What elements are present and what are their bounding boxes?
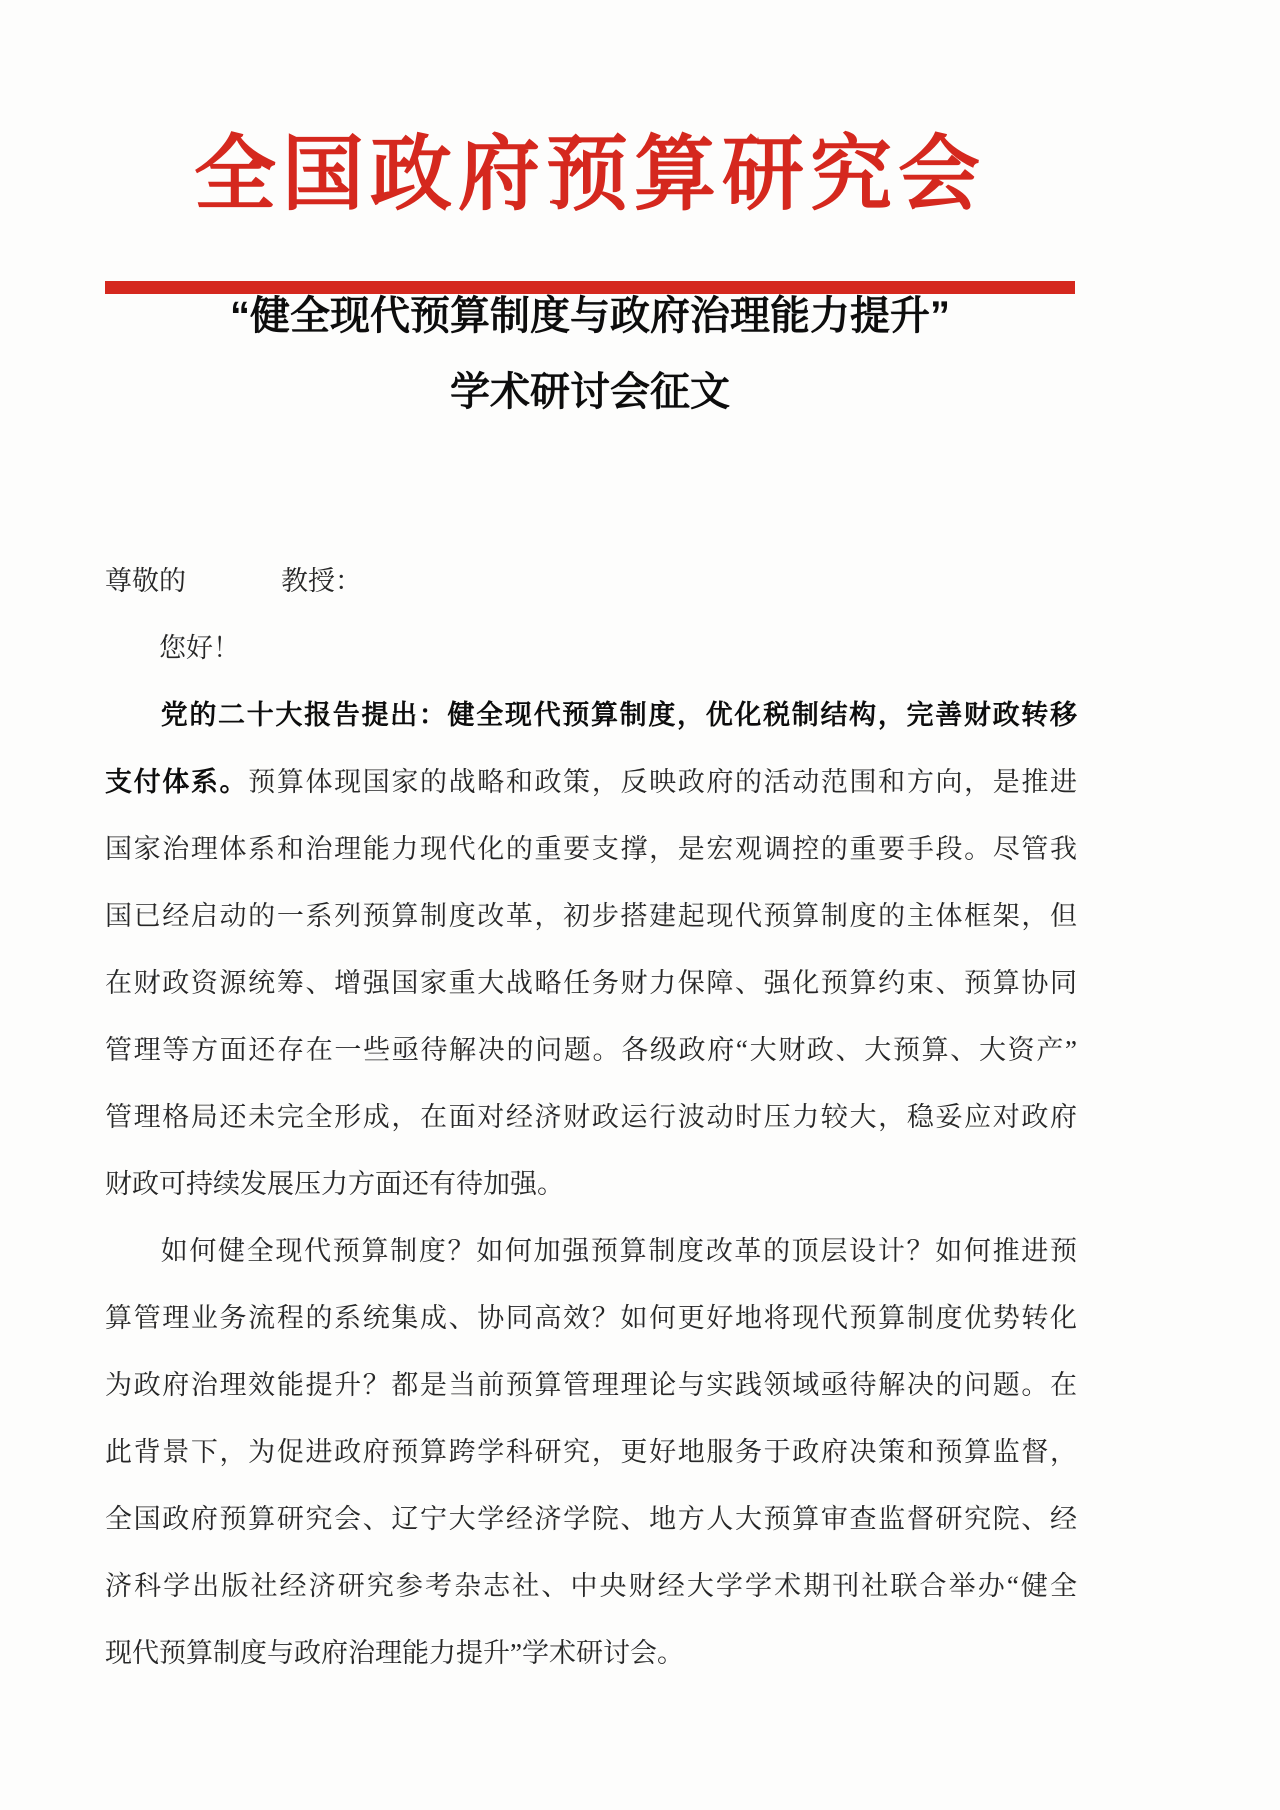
greeting-line: 您好！ — [105, 615, 1077, 682]
text-segment: 财政可持续发展压力方面还有待加强。 — [105, 1169, 564, 1199]
body-line: 全国政府预算研究会、辽宁大学经济学院、地方人大预算审查监督研究院、经 — [105, 1486, 1077, 1553]
document-title-line2: 学术研讨会征文 — [105, 364, 1075, 420]
text-segment: 管理格局还未完全形成，在面对经济财政运行波动时压力较大，稳妥应对政府 — [105, 1102, 1077, 1132]
text-segment: 现代预算制度与政府治理能力提升”学术研讨会。 — [105, 1638, 684, 1668]
letterhead-title: 全国政府预算研究会 — [105, 118, 1075, 232]
body-line: 为政府治理效能提升？都是当前预算管理理论与实践领域亟待解决的问题。在 — [105, 1352, 1077, 1419]
letter-body: 尊敬的教授： 您好！ 党的二十大报告提出：健全现代预算制度，优化税制结构，完善财… — [105, 548, 1077, 1687]
body-line: 如何健全现代预算制度？如何加强预算制度改革的顶层设计？如何推进预 — [105, 1218, 1077, 1285]
body-line: 支付体系。预算体现国家的战略和政策，反映政府的活动范围和方向，是推进 — [105, 749, 1077, 816]
salutation-line: 尊敬的教授： — [105, 548, 1077, 615]
body-line: 国家治理体系和治理能力现代化的重要支撑，是宏观调控的重要手段。尽管我 — [105, 816, 1077, 883]
text-segment: 全国政府预算研究会、辽宁大学经济学院、地方人大预算审查监督研究院、经 — [105, 1504, 1077, 1534]
text-segment: 在财政资源统筹、增强国家重大战略任务财力保障、强化预算约束、预算协同 — [105, 968, 1077, 998]
text-segment: 管理等方面还存在一些亟待解决的问题。各级政府“大财政、大预算、大资产” — [105, 1035, 1077, 1065]
body-line: 济科学出版社经济研究参考杂志社、中央财经大学学术期刊社联合举办“健全 — [105, 1553, 1077, 1620]
body-line: 此背景下，为促进政府预算跨学科研究，更好地服务于政府决策和预算监督， — [105, 1419, 1077, 1486]
bold-text-segment: 支付体系。 — [105, 767, 248, 797]
text-segment: 济科学出版社经济研究参考杂志社、中央财经大学学术期刊社联合举办“健全 — [105, 1571, 1077, 1601]
paragraph-indent — [105, 723, 159, 724]
text-segment: 算管理业务流程的系统集成、协同高效？如何更好地将现代预算制度优势转化 — [105, 1303, 1077, 1333]
body-line: 财政可持续发展压力方面还有待加强。 — [105, 1151, 1077, 1218]
body-line: 国已经启动的一系列预算制度改革，初步搭建起现代预算制度的主体框架，但 — [105, 883, 1077, 950]
body-line: 党的二十大报告提出：健全现代预算制度，优化税制结构，完善财政转移 — [105, 682, 1077, 749]
body-line: 管理等方面还存在一些亟待解决的问题。各级政府“大财政、大预算、大资产” — [105, 1017, 1077, 1084]
text-segment: 国已经启动的一系列预算制度改革，初步搭建起现代预算制度的主体框架，但 — [105, 901, 1077, 931]
document-title-line1: “健全现代预算制度与政府治理能力提升” — [105, 288, 1075, 344]
text-segment: 此背景下，为促进政府预算跨学科研究，更好地服务于政府决策和预算监督， — [105, 1437, 1077, 1467]
text-segment: 如何健全现代预算制度？如何加强预算制度改革的顶层设计？如何推进预 — [159, 1236, 1077, 1266]
text-segment: 为政府治理效能提升？都是当前预算管理理论与实践领域亟待解决的问题。在 — [105, 1370, 1077, 1400]
text-segment: 国家治理体系和治理能力现代化的重要支撑，是宏观调控的重要手段。尽管我 — [105, 834, 1077, 864]
greeting-text: 您好！ — [159, 633, 240, 663]
paragraph-indent — [105, 1259, 159, 1260]
body-line: 现代预算制度与政府治理能力提升”学术研讨会。 — [105, 1620, 1077, 1687]
body-line: 管理格局还未完全形成，在面对经济财政运行波动时压力较大，稳妥应对政府 — [105, 1084, 1077, 1151]
recipient-name-blank — [186, 589, 281, 590]
text-segment: 预算体现国家的战略和政策，反映政府的活动范围和方向，是推进 — [248, 767, 1077, 797]
paragraph-indent — [105, 656, 159, 657]
salutation-suffix: 教授： — [281, 566, 362, 596]
body-line: 在财政资源统筹、增强国家重大战略任务财力保障、强化预算约束、预算协同 — [105, 950, 1077, 1017]
salutation-prefix: 尊敬的 — [105, 566, 186, 596]
body-line: 算管理业务流程的系统集成、协同高效？如何更好地将现代预算制度优势转化 — [105, 1285, 1077, 1352]
bold-text-segment: 党的二十大报告提出：健全现代预算制度，优化税制结构，完善财政转移 — [159, 700, 1077, 730]
document-page: 全国政府预算研究会 “健全现代预算制度与政府治理能力提升” 学术研讨会征文 尊敬… — [0, 0, 1280, 1810]
